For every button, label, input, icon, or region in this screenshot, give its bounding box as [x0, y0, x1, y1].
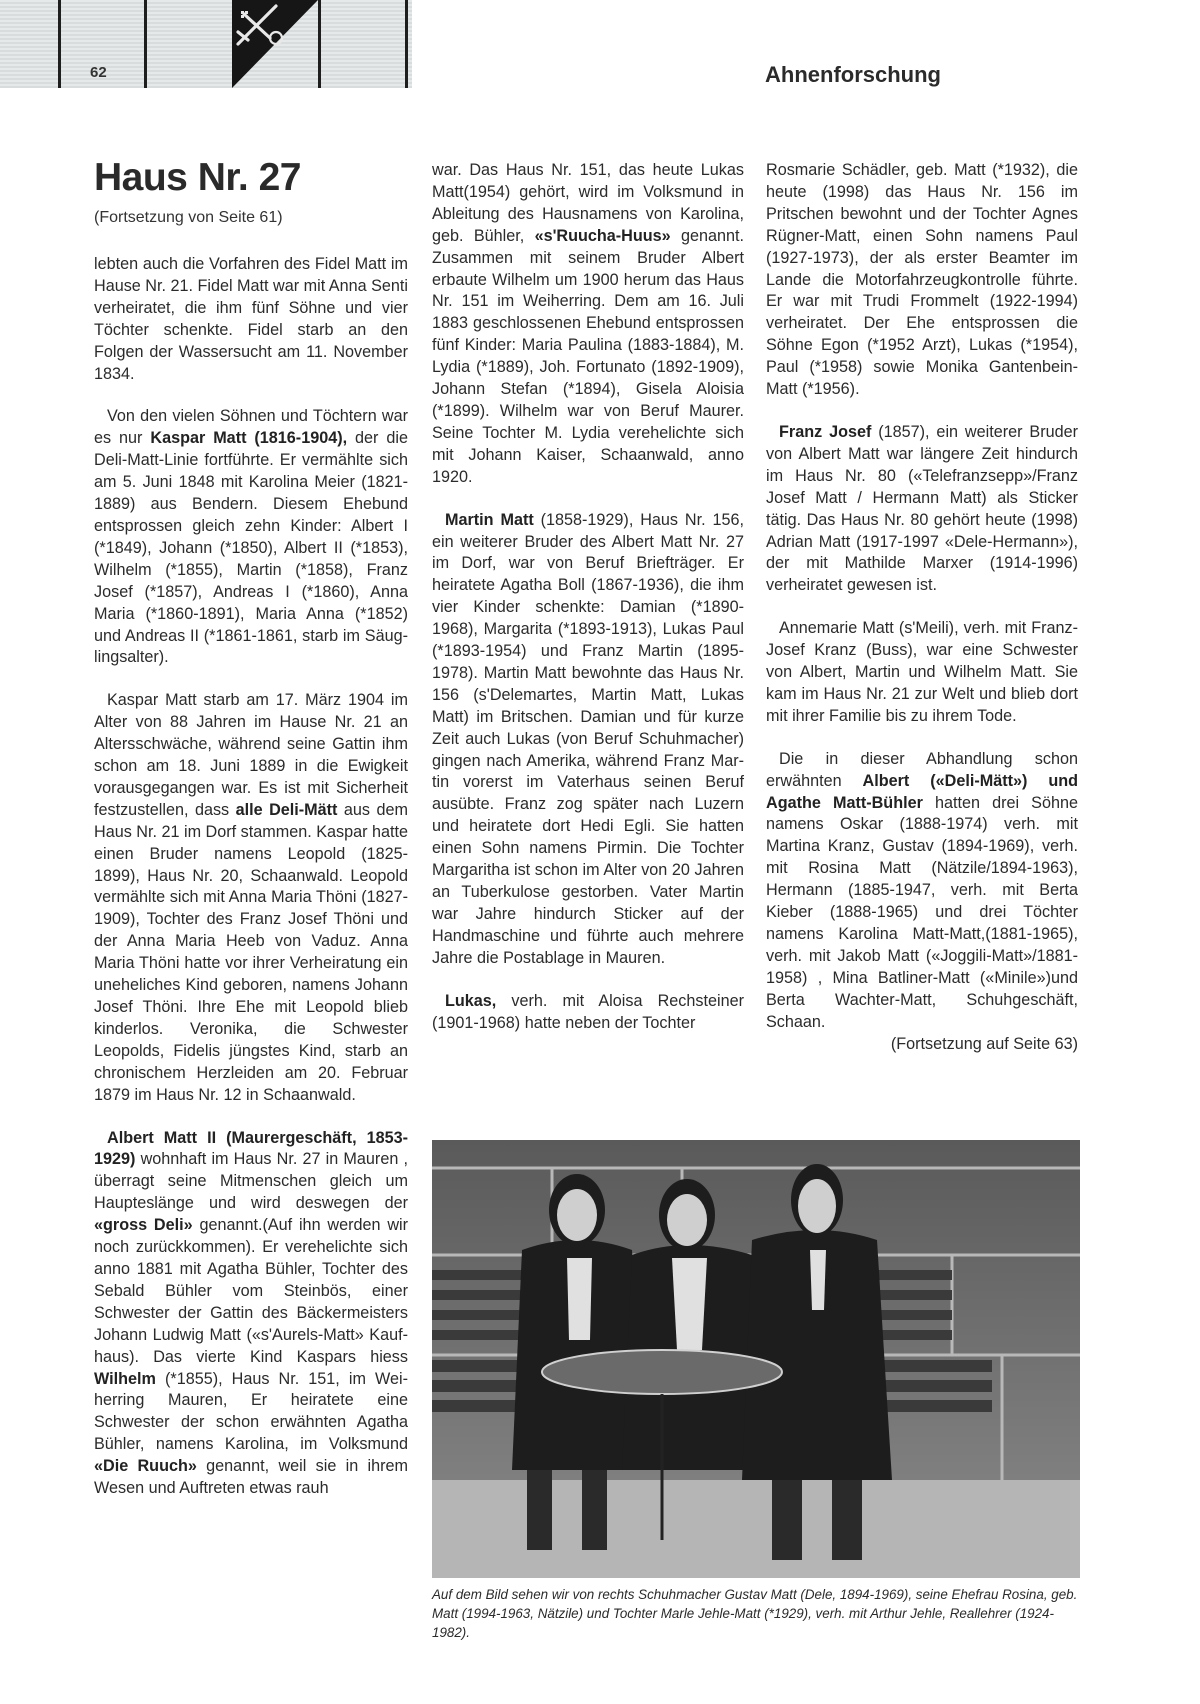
paragraph: Lukas, verh. mit Aloisa Rechsteiner (190…: [432, 991, 744, 1035]
header-divider: [144, 0, 147, 88]
bold-name: «s'Ruucha-Huus»: [535, 227, 671, 245]
paragraph: Rosmarie Schädler, geb. Matt (*1932), di…: [766, 160, 1078, 401]
text-column-1: lebten auch die Vorfahren des Fidel Matt…: [94, 254, 408, 1521]
text: der die Deli-Matt-Linie fortführte. Er v…: [94, 429, 408, 666]
header-divider: [58, 0, 61, 88]
paragraph: Albert Matt II (Maurergeschäft, 1853-192…: [94, 1128, 408, 1500]
header-divider: [405, 0, 408, 88]
text-column-2: war. Das Haus Nr. 151, das heute Lukas M…: [432, 160, 744, 1055]
header-band: [0, 0, 412, 88]
bold-name: «Die Ruuch»: [94, 1457, 197, 1475]
paragraph: lebten auch die Vorfahren des Fidel Matt…: [94, 254, 408, 385]
bold-name: «gross Deli»: [94, 1216, 193, 1234]
crossed-sword-and-key-icon: [232, 0, 318, 88]
text: (1858-1929), Haus Nr. 156, ein weiterer …: [432, 511, 744, 967]
text: hatten drei Söhne namens Oskar (1888-197…: [766, 794, 1078, 1031]
family-photo: [432, 1140, 1080, 1578]
paragraph: Die in dieser Abhandlung schon erwähnten…: [766, 749, 1078, 1034]
text: Kaspar Matt starb am 17. März 1904 im Al…: [94, 691, 408, 819]
paragraph: war. Das Haus Nr. 151, das heute Lukas M…: [432, 160, 744, 489]
paragraph: Franz Josef (1857), ein weiterer Bru­der…: [766, 422, 1078, 597]
section-title: Ahnenforschung: [765, 62, 941, 88]
text: aus dem Haus Nr. 21 im Dorf stam­men. Ka…: [94, 801, 408, 1104]
paragraph: Kaspar Matt starb am 17. März 1904 im Al…: [94, 690, 408, 1106]
text-column-3: Rosmarie Schädler, geb. Matt (*1932), di…: [766, 160, 1078, 1055]
paragraph: Von den vielen Söhnen und Töchtern war e…: [94, 406, 408, 669]
bold-name: Wilhelm: [94, 1370, 156, 1388]
text: genannt.(Auf ihn werden wir noch zurückk…: [94, 1216, 408, 1365]
continuation-note: (Fortsetzung auf Seite 63): [766, 1034, 1078, 1056]
bold-name: Kaspar Matt (1816-1904),: [150, 429, 347, 447]
header-divider: [318, 0, 321, 88]
article-title: Haus Nr. 27: [94, 156, 301, 200]
paragraph: Martin Matt (1858-1929), Haus Nr. 156, e…: [432, 510, 744, 970]
bold-name: Franz Josef: [779, 423, 871, 441]
bold-name: alle Deli-Mätt: [236, 801, 338, 819]
article-subtitle: (Fortsetzung von Seite 61): [94, 209, 283, 227]
text: wohnhaft im Haus Nr. 27 in Mauren , über…: [94, 1150, 408, 1212]
text: genannt. Zusammen mit seinem Bruder Albe…: [432, 227, 744, 486]
bold-name: Lukas,: [445, 992, 496, 1010]
paragraph: Annemarie Matt (s'Meili), verh. mit Fran…: [766, 618, 1078, 728]
text: (1857), ein weiterer Bru­der von Albert …: [766, 423, 1078, 594]
page-number: 62: [90, 64, 107, 81]
bold-name: Martin Matt: [445, 511, 534, 529]
photo-caption: Auf dem Bild sehen wir von rechts Schuhm…: [432, 1585, 1082, 1642]
